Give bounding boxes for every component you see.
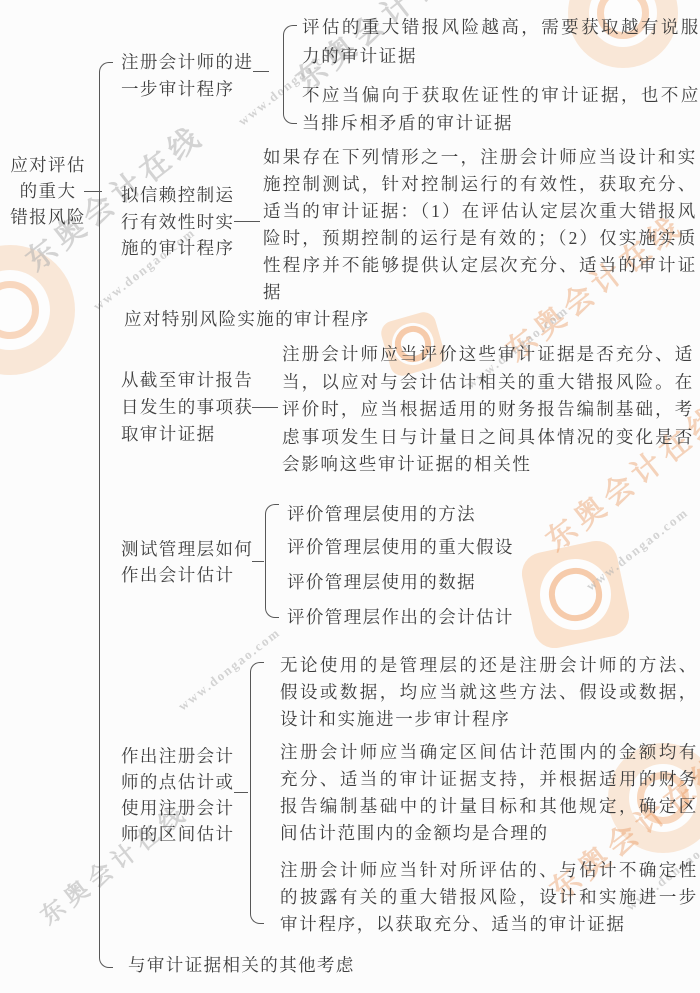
branch1-bracket	[283, 25, 297, 124]
branch5-bracket	[265, 504, 279, 618]
branch6-paragraph3: 注册会计师应当针对所评估的、与估计不确定性的披露有关的重大错报风险，设计和实施进…	[280, 857, 698, 938]
branch3-label: 应对特别风险实施的审计程序	[124, 306, 370, 333]
branch4-connector	[252, 407, 278, 408]
branch5-connector	[252, 561, 264, 562]
dongao-ring-logo	[0, 245, 75, 375]
branch6-bracket	[250, 662, 264, 924]
branch6-paragraph2: 注册会计师应当确定区间估计范围内的金额均有充分、适当的审计证据支持，并根据适用的…	[280, 739, 698, 847]
main-bracket	[99, 62, 113, 968]
watermark-url-text: www.dongao.com	[583, 504, 692, 594]
branch1-child1: 评估的重大错报风险越高，需要获取越有说服力的审计证据	[302, 13, 700, 71]
branch5-child: 评价管理层使用的方法	[287, 501, 476, 528]
branch6-label: 作出注册会计 师的点估计或 使用注册会计 师的区间估计	[121, 743, 234, 847]
branch2-label: 拟信赖控制运 行有效性时实 施的审计程序	[121, 182, 234, 262]
branch6-connector	[234, 792, 248, 793]
branch1-child2: 不应当偏向于获取佐证性的审计证据，也不应当排斥相矛盾的审计证据	[302, 81, 700, 137]
branch2-paragraph: 如果存在下列情形之一，注册会计师应当设计和实施控制测试，针对控制运行的有效性，获…	[263, 144, 697, 306]
branch6-paragraph1: 无论使用的是管理层的还是注册会计师的方法、假设或数据，均应当就这些方法、假设或数…	[280, 652, 698, 733]
branch4-label: 从截至审计报告 日发生的事项获 取审计证据	[121, 367, 253, 448]
root-label: 应对评估 的重大 错报风险	[4, 152, 92, 230]
branch1-connector	[253, 71, 269, 72]
watermark-url-text: www.dongao.com	[175, 624, 284, 714]
branch2-connector	[234, 221, 260, 222]
branch5-child: 评价管理层使用的重大假设	[287, 534, 514, 561]
bracket-diagram-page: 东奥会计在线 东奥会计在线 东奥会计在线 东奥会计在线 东奥会计在线 东奥会计在…	[0, 0, 700, 993]
branch4-paragraph: 注册会计师应当评价这些审计证据是否充分、适当，以应对与会计估计相关的重大错报风险…	[282, 341, 694, 479]
branch5-label: 测试管理层如何 作出会计估计	[121, 536, 253, 588]
branch7-label: 与审计证据相关的其他考虑	[128, 952, 355, 979]
dongao-square-logo	[518, 537, 633, 652]
branch1-label: 注册会计师的进 一步审计程序	[121, 49, 253, 102]
branch5-child: 评价管理层使用的数据	[287, 569, 476, 596]
branch5-child: 评价管理层作出的会计估计	[287, 604, 514, 631]
